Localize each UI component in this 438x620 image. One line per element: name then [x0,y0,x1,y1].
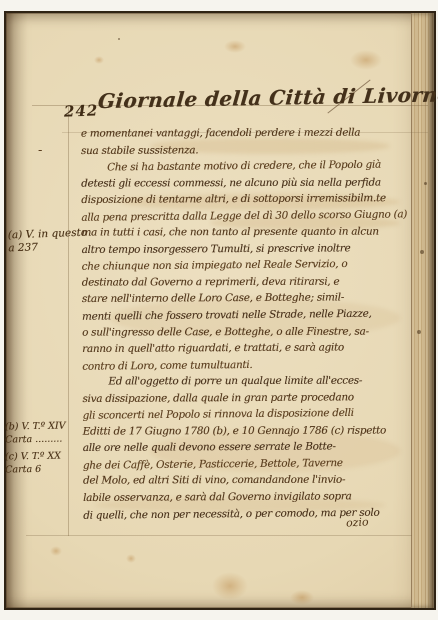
stain [94,56,104,64]
manuscript-line: destinato dal Governo a reprimerli, deva… [82,273,414,291]
ruled-line-bottom [26,535,412,536]
manuscript-line: Ed all'oggetto di porre un qualque limit… [82,373,414,391]
manuscript-line: detesti gli eccessi commessi, ne alcuno … [81,174,413,192]
ruled-line-left-margin [68,105,69,536]
speck [424,182,427,185]
margin-note-b-line2: Carta ......... [5,432,66,446]
margin-note-a-line1: (a) V. in questo [8,227,88,243]
manuscript-line: e momentanei vantaggi, facendoli perdere… [81,124,413,142]
margin-note-b-line1: (b) V. T.º XIV [5,419,66,433]
manuscript-line: menti quelli che fossero trovati nelle S… [82,305,414,325]
margin-note-c-line2: Carta 6 [5,463,61,477]
page-number: 242 [64,101,99,120]
stain [212,572,248,600]
speck [118,38,120,40]
stain [350,50,382,70]
speck [420,250,424,254]
manuscript-line: ma in tutti i casi, che non tanto al pre… [81,224,413,242]
stain [290,590,314,605]
margin-note-a: (a) V. in questo a 237 [8,227,88,256]
manuscript-scan: 242 Giornale della Città di Livorno - (a… [0,0,438,620]
margin-note-b: (b) V. T.º XIV Carta ......... [5,419,66,446]
binding-gutter-shadow [6,13,40,608]
stain [126,554,136,563]
speck [417,330,421,334]
margin-dash: - [38,143,42,158]
margin-note-a-line2: a 237 [8,240,88,256]
margin-note-c: (c) V. T.º XX Carta 6 [5,450,61,477]
catchword: ozio [346,515,369,529]
manuscript-line: Editti de 17 Giugno 1780 (b), e 10 Genna… [83,422,415,440]
manuscript-line: del Molo, ed altri Siti di vino, comanda… [83,472,415,490]
margin-note-c-line1: (c) V. T.º XX [5,450,61,464]
manuscript-line: o sull'ingresso delle Case, e Botteghe, … [82,323,414,341]
manuscript-line: Che si ha bastante motivo di credere, ch… [81,156,413,176]
stain [224,40,246,53]
manuscript-line: gli sconcerti nel Popolo si rinnova la d… [82,405,414,425]
stain [50,546,62,556]
manuscript-body-text: e momentanei vantaggi, facendoli perdere… [81,124,415,523]
